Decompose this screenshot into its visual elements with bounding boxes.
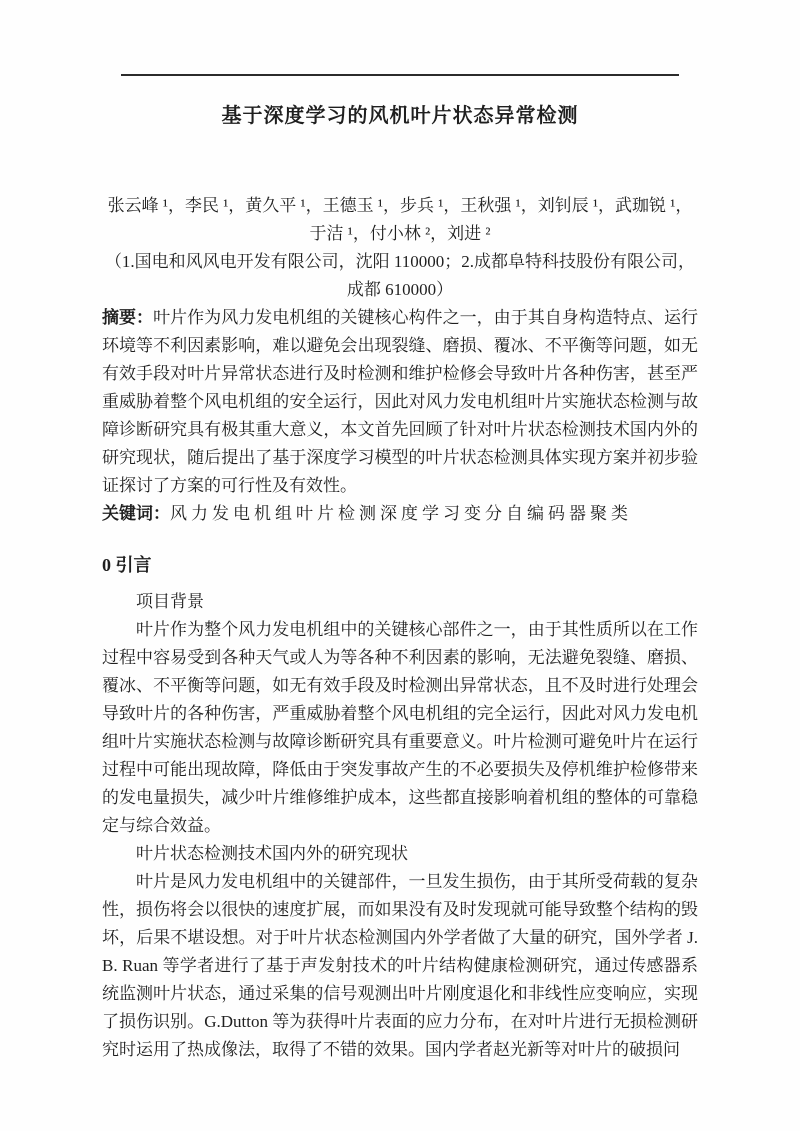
paper-page: 基于深度学习的风机叶片状态异常检测 张云峰 ¹，李民 ¹，黄久平 ¹，王德玉 ¹…	[0, 0, 800, 1131]
authors-line-1: 张云峰 ¹，李民 ¹，黄久平 ¹，王德玉 ¹，步兵 ¹，王秋强 ¹，刘钊辰 ¹，…	[102, 192, 698, 220]
paragraph-research-status: 叶片是风力发电机组中的关键部件，一旦发生损伤，由于其所受荷载的复杂性，损伤将会以…	[102, 868, 698, 1064]
keywords-text: 风力发电机组叶片检测深度学习变分自编码器聚类	[170, 504, 632, 523]
authors-line-2: 于洁 ¹，付小林 ²，刘进 ²	[102, 220, 698, 248]
header-rule	[121, 74, 679, 76]
affiliation-block: （1.国电和风风电开发有限公司，沈阳 110000；2.成都阜特科技股份有限公司…	[102, 248, 698, 304]
keywords-label: 关键词：	[102, 504, 170, 523]
affiliation-line-2: 成都 610000）	[102, 276, 698, 304]
subheading-project-background: 项目背景	[102, 588, 698, 616]
authors-block: 张云峰 ¹，李民 ¹，黄久平 ¹，王德玉 ¹，步兵 ¹，王秋强 ¹，刘钊辰 ¹，…	[102, 192, 698, 248]
paragraph-project-background: 叶片作为整个风力发电机组中的关键核心部件之一，由于其性质所以在工作过程中容易受到…	[102, 616, 698, 840]
affiliation-line-1: （1.国电和风风电开发有限公司，沈阳 110000；2.成都阜特科技股份有限公司…	[102, 248, 698, 276]
subheading-research-status: 叶片状态检测技术国内外的研究现状	[102, 840, 698, 868]
keywords-line: 关键词：风力发电机组叶片检测深度学习变分自编码器聚类	[102, 500, 698, 528]
paper-title: 基于深度学习的风机叶片状态异常检测	[102, 103, 698, 129]
abstract-text: 叶片作为风力发电机组的关键核心构件之一，由于其自身构造特点、运行环境等不利因素影…	[102, 308, 698, 495]
abstract-label: 摘要：	[102, 308, 153, 327]
abstract-paragraph: 摘要：叶片作为风力发电机组的关键核心构件之一，由于其自身构造特点、运行环境等不利…	[102, 304, 698, 500]
section-heading-introduction: 0 引言	[102, 552, 698, 578]
